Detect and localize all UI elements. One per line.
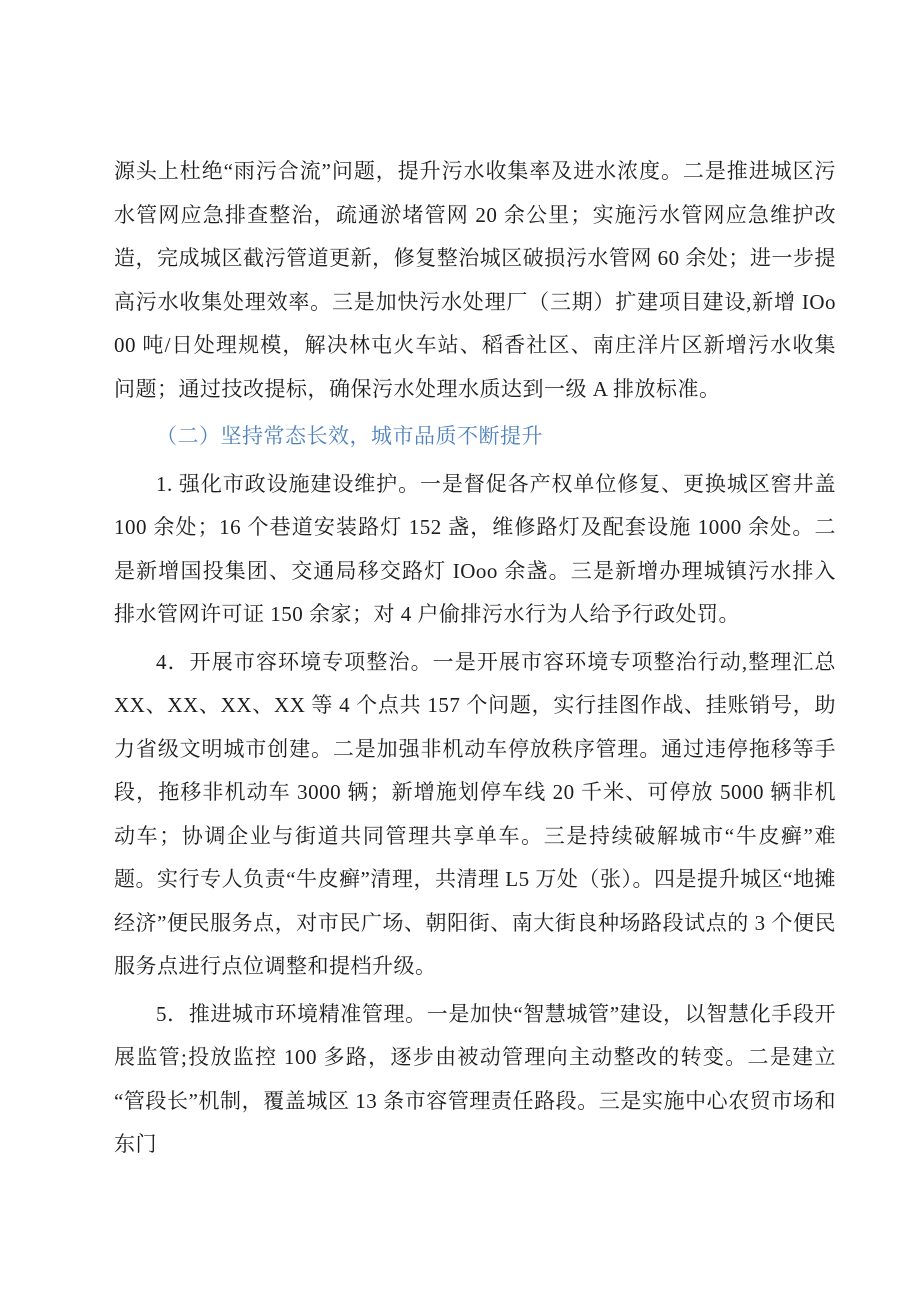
body-paragraph-4: 4．开展市容环境专项整治。一是开展市容环境专项整治行动,整理汇总 XX、XX、X… (114, 641, 836, 989)
body-paragraph-1: 1. 强化市政设施建设维护。一是督促各产权单位修复、更换城区窖井盖 100 余处… (114, 463, 836, 637)
document-page: 源头上杜绝“雨污合流”问题，提升污水收集率及进水浓度。二是推进城区污水管网应急排… (0, 0, 920, 1301)
body-paragraph-5: 5．推进城市环境精准管理。一是加快“智慧城管”建设，以智慧化手段开展监管;投放监… (114, 993, 836, 1167)
section-heading: （二）坚持常态长效，城市品质不断提升 (114, 415, 836, 459)
body-paragraph-continued: 源头上杜绝“雨污合流”问题，提升污水收集率及进水浓度。二是推进城区污水管网应急排… (114, 150, 836, 411)
